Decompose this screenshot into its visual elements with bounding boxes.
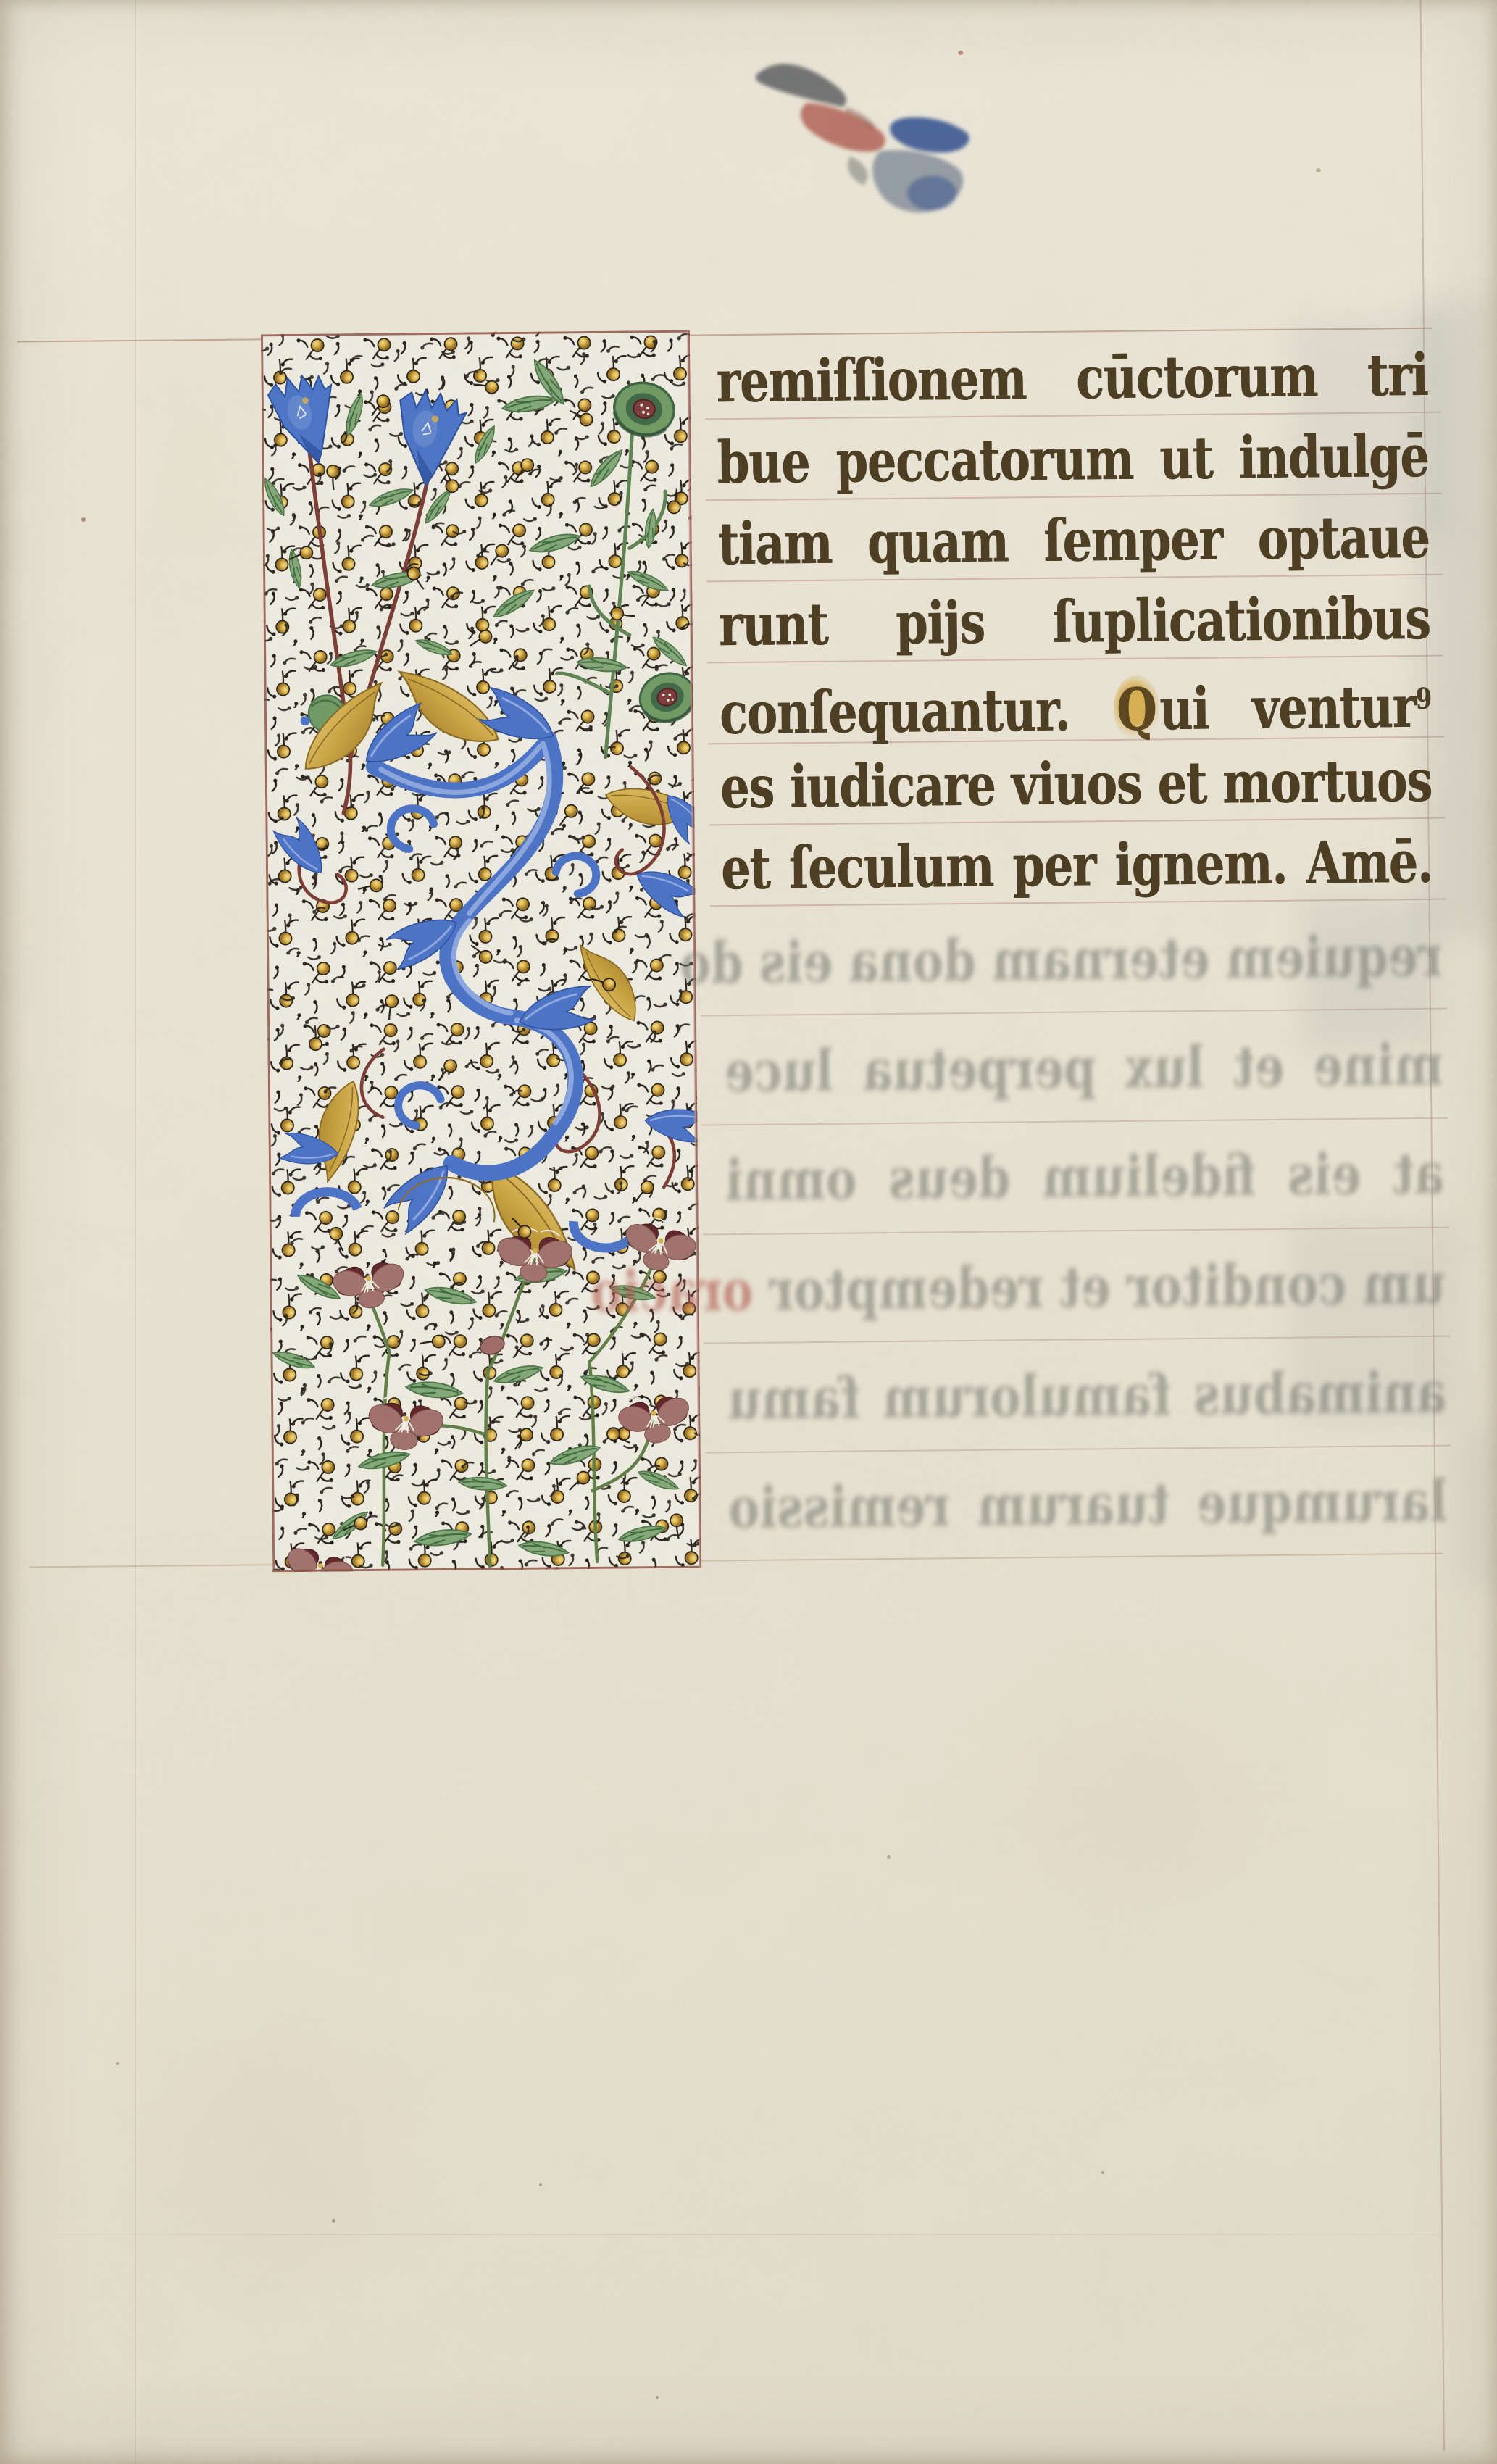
text-segment: et ſeculum per ignem. Amē. (721, 828, 1433, 902)
showthrough-line-2: mine et lux perpetua luce (724, 1014, 1443, 1125)
illuminated-border-panel (261, 330, 701, 1573)
text-segment: tiam quam ſemper optaue (717, 503, 1430, 578)
showthrough-line-5: animabus famulorum famu (727, 1341, 1446, 1452)
showthrough-rubric: oracio (591, 1257, 754, 1325)
text-line-1: remiſſionem cūctorum tri (716, 334, 1428, 422)
showthrough-text: mine et lux perpetua luce (724, 1032, 1443, 1105)
ink-stain (736, 47, 1014, 253)
gold-touched-initial-Q: Q (1113, 675, 1160, 744)
text-line-2: bue peccatorum ut indulgē (717, 415, 1429, 503)
text-segment: ui ventur (1159, 673, 1417, 743)
abbreviation-us: 9 (1415, 682, 1430, 716)
text-line-4: runt pijs ſuplicationibus (718, 578, 1430, 665)
showthrough-text: larumque tuarum remissio (728, 1468, 1448, 1541)
showthrough-line-4: um conditor et redemptor oracio (726, 1233, 1446, 1344)
showthrough-text: requiem eternam dona eis do (680, 923, 1443, 997)
text-segment: bue peccatorum ut indulgē (717, 422, 1429, 496)
text-line-5: conſequantur. Qui ventur9 (719, 659, 1431, 746)
showthrough-text: at eis fidelium deus omni (725, 1141, 1445, 1214)
text-line-6: es iudicare viuos et mortuos (720, 740, 1432, 828)
showthrough-text: animabus famulorum famu (727, 1360, 1447, 1433)
showthrough-text: um conditor et redemptor (769, 1251, 1446, 1323)
verso-showthrough-block: requiem eternam dona eis do mine et lux … (0, 0, 1493, 1)
latin-text-block: remiſſionem cūctorum tri bue peccatorum … (0, 0, 1493, 1)
text-segment: es iudicare viuos et mortuos (720, 746, 1433, 821)
text-line-3: tiam quam ſemper optaue (717, 496, 1430, 584)
text-segment: conſequantur. (720, 675, 1114, 747)
text-segment: remiſſionem cūctorum tri (716, 341, 1428, 415)
text-line-7: et ſeculum per ignem. Amē. (720, 821, 1433, 909)
page-content: remiſſionem cūctorum tri bue peccatorum … (0, 0, 1497, 2464)
gray-smudge (1449, 1428, 1497, 1589)
text-segment: runt pijs ſuplicationibus (718, 584, 1430, 659)
showthrough-line-1: requiem eternam dona eis do (723, 905, 1443, 1016)
showthrough-line-6: larumque tuarum remissio (728, 1450, 1448, 1561)
manuscript-photo: { "main_text": { "lines": [ [{"t":"remiſ… (0, 0, 1497, 2464)
showthrough-line-3: at eis fidelium deus omni (725, 1123, 1444, 1233)
